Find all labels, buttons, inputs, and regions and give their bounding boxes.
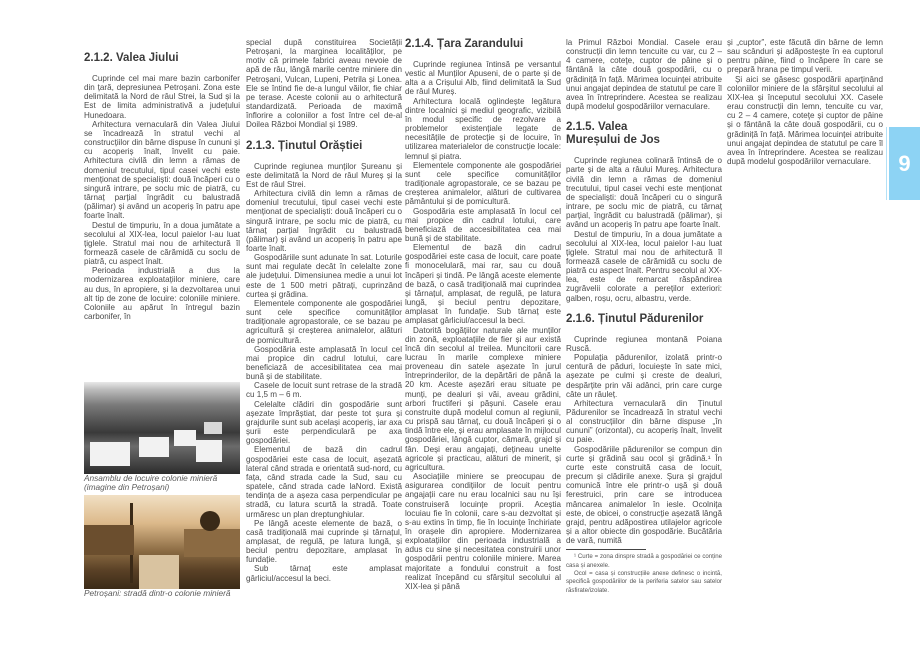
paragraph: Gospodăriile pădurenilor se compun din c… [566, 445, 722, 546]
paragraph: special după constituirea Societății Pet… [246, 38, 402, 130]
paragraph: Pe lângă aceste elemente de bază, o casă… [246, 519, 402, 565]
figure-mining-colony: Ansamblu de locuire colonie minieră (ima… [84, 382, 240, 598]
paragraph: Populația pădurenilor, izolată printr-o … [566, 353, 722, 399]
section-heading-valea-muresului-de-jos: 2.1.5. Valea Mureșului de Jos [566, 121, 676, 147]
paragraph: Elementele componente ale gospodăriei su… [246, 299, 402, 345]
page-number: 9 [898, 151, 910, 177]
paragraph: Perioada industrială a dus la modernizar… [84, 266, 240, 321]
column-5: și „cuptor”, este făcută din bârne de le… [727, 38, 883, 166]
column-4: la Primul Război Mondial. Casele erau co… [566, 38, 722, 595]
paragraph: Arhitectura civilă din lemn a rămas de d… [246, 189, 402, 253]
paragraph: Elementul de bază din cadrul gospodăriei… [246, 445, 402, 518]
paragraph: Destul de timpuriu, în a doua jumătate a… [566, 230, 722, 303]
paragraph: și „cuptor”, este făcută din bârne de le… [727, 38, 883, 75]
paragraph: Cuprinde regiunea munților Șureanu și es… [246, 162, 402, 189]
section-heading-tara-zarandului: 2.1.4. Țara Zarandului [405, 38, 561, 51]
paragraph: Gospodăria este amplasată în locul cel m… [405, 207, 561, 244]
paragraph: Destul de timpuriu, în a doua jumătate a… [84, 221, 240, 267]
paragraph: Și aici se găsesc gospodării aparținând … [727, 75, 883, 167]
paragraph: Cuprinde cel mai mare bazin carbonifer d… [84, 74, 240, 120]
section-heading-tinutul-padurenilor: 2.1.6. Ținutul Pădurenilor [566, 313, 722, 326]
paragraph: Celelalte clădiri din gospodărie sunt aș… [246, 400, 402, 446]
page-number-tab: 9 [889, 127, 920, 200]
paragraph: Gospodăriile sunt adunate în sat. Loturi… [246, 253, 402, 299]
paragraph: Arhitectura locală oglindește legătura d… [405, 97, 561, 161]
paragraph: Arhitectura vernaculară din Ținutul Pădu… [566, 399, 722, 445]
paragraph: Asociațiile miniere se preocupau de asig… [405, 472, 561, 591]
page-tab-edge [886, 127, 887, 200]
footnote: Ocol = casa și construcțiile anexe defin… [566, 570, 722, 595]
petrosani-street-postcard-photo [84, 495, 240, 589]
mining-colony-houses-photo [84, 382, 240, 474]
paragraph: Arhitectura vernaculară din Valea Jiului… [84, 120, 240, 221]
paragraph: Elementul de bază din cadrul gospodăriei… [405, 243, 561, 325]
paragraph: Elementele componente ale gospodăriei su… [405, 161, 561, 207]
paragraph: Datorită bogățiilor naturale ale munțilo… [405, 326, 561, 473]
column-1: 2.1.2. Valea Jiului Cuprinde cel mai mar… [84, 52, 240, 321]
figure-caption: Petroșani: stradă dintr-o colonie minier… [84, 589, 240, 598]
paragraph: Casele de locuit sunt retrase de la stra… [246, 381, 402, 399]
paragraph: la Primul Război Mondial. Casele erau co… [566, 38, 722, 111]
paragraph: Cuprinde regiunea montană Poiana Ruscă. [566, 335, 722, 353]
section-heading-valea-jiului: 2.1.2. Valea Jiului [84, 52, 240, 65]
paragraph: Cuprinde regiunea întinsă pe versantul v… [405, 60, 561, 97]
figure-caption: Ansamblu de locuire colonie minieră (ima… [84, 474, 240, 493]
footnote-divider [566, 549, 646, 550]
paragraph: Cuprinde regiunea colinară întinsă de o … [566, 156, 722, 229]
section-heading-tinutul-orastiei: 2.1.3. Ținutul Orăștiei [246, 140, 402, 153]
footnote: ¹ Curte = zona dinspre stradă a gospodăr… [566, 553, 722, 570]
paragraph: Gospodăria este amplasată în locul cel m… [246, 345, 402, 382]
column-3: 2.1.4. Țara Zarandului Cuprinde regiunea… [405, 38, 561, 591]
paragraph: Sub târnaț este amplasat gârliciul/acces… [246, 564, 402, 582]
column-2: special după constituirea Societății Pet… [246, 38, 402, 583]
